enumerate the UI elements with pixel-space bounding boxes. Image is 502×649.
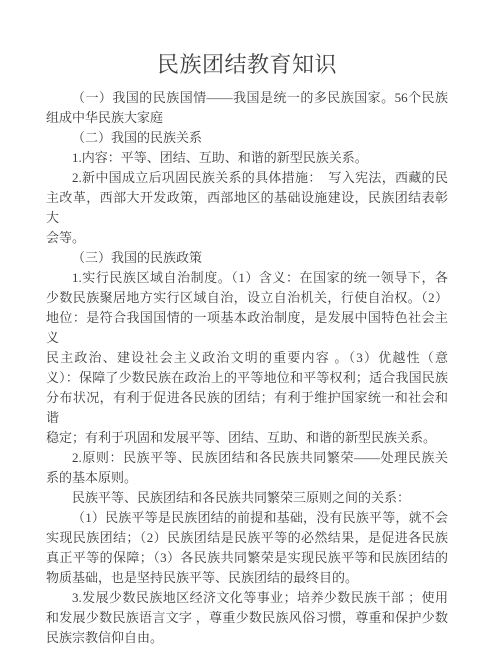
- text-line: 主改革，西部大开发政策，西部地区的基础设施建设，民族团结表彰大: [46, 188, 448, 228]
- text-line: 少数民族聚居地方实行区域自治，设立自治机关，行使自治权。（2）: [46, 288, 448, 308]
- text-line: 真正平等的保障；（3）各民族共同繁荣是实现民族平等和民族团结的: [46, 548, 448, 568]
- text-line: 实现民族团结；（2）民族团结是民族平等的必然结果，是促进各民族: [46, 528, 448, 548]
- text-line: 1.内容：平等、团结、互助、和谐的新型民族关系。: [46, 148, 448, 168]
- text-line: （二）我国的民族关系: [46, 128, 448, 148]
- document-title: 民族团结教育知识: [46, 50, 448, 80]
- text-line: 1.实行民族区域自治制度。（1）含义：在国家的统一领导下，各: [46, 268, 448, 288]
- text-line: （三）我国的民族政策: [46, 248, 448, 268]
- text-line: 民主政治、建设社会主义政治文明的重要内容 。（3）优越性（意: [46, 348, 448, 368]
- text-line: 义）：保障了少数民族在政治上的平等地位和平等权利；适合我国民族: [46, 368, 448, 388]
- text-line: 稳定；有利于巩固和发展平等、团结、互助、和谐的新型民族关系。: [46, 428, 448, 448]
- text-line: 分布状况，有利于促进各民族的团结；有利于维护国家统一和社会和谐: [46, 388, 448, 428]
- text-line: （一）我国的民族国情——我国是统一的多民族国家。56个民族: [46, 88, 448, 108]
- text-line: 民族宗教信仰自由。: [46, 628, 448, 648]
- text-line: 物质基础，也是坚持民族平等、民族团结的最终目的。: [46, 568, 448, 588]
- text-line: 地位：是符合我国国情的一项基本政治制度，是发展中国特色社会主义: [46, 308, 448, 348]
- document-body: （一）我国的民族国情——我国是统一的多民族国家。56个民族组成中华民族大家庭（二…: [46, 88, 448, 648]
- text-line: 组成中华民族大家庭: [46, 108, 448, 128]
- text-line: 会等。: [46, 228, 448, 248]
- text-line: 3.发展少数民族地区经济文化等事业；培养少数民族干部 ；使用: [46, 588, 448, 608]
- text-line: （1）民族平等是民族团结的前提和基础，没有民族平等，就不会: [46, 508, 448, 528]
- text-line: 民族平等、民族团结和各民族共同繁荣三原则之间的关系：: [46, 488, 448, 508]
- document-page: 民族团结教育知识 （一）我国的民族国情——我国是统一的多民族国家。56个民族组成…: [0, 0, 502, 649]
- text-line: 和发展少数民族语言文字 ，尊重少数民族风俗习惯，尊重和保护少数: [46, 608, 448, 628]
- text-line: 2.新中国成立后巩固民族关系的具体措施： 写入宪法，西藏的民: [46, 168, 448, 188]
- text-line: 2.原则：民族平等、民族团结和各民族共同繁荣——处理民族关: [46, 448, 448, 468]
- text-line: 系的基本原则。: [46, 468, 448, 488]
